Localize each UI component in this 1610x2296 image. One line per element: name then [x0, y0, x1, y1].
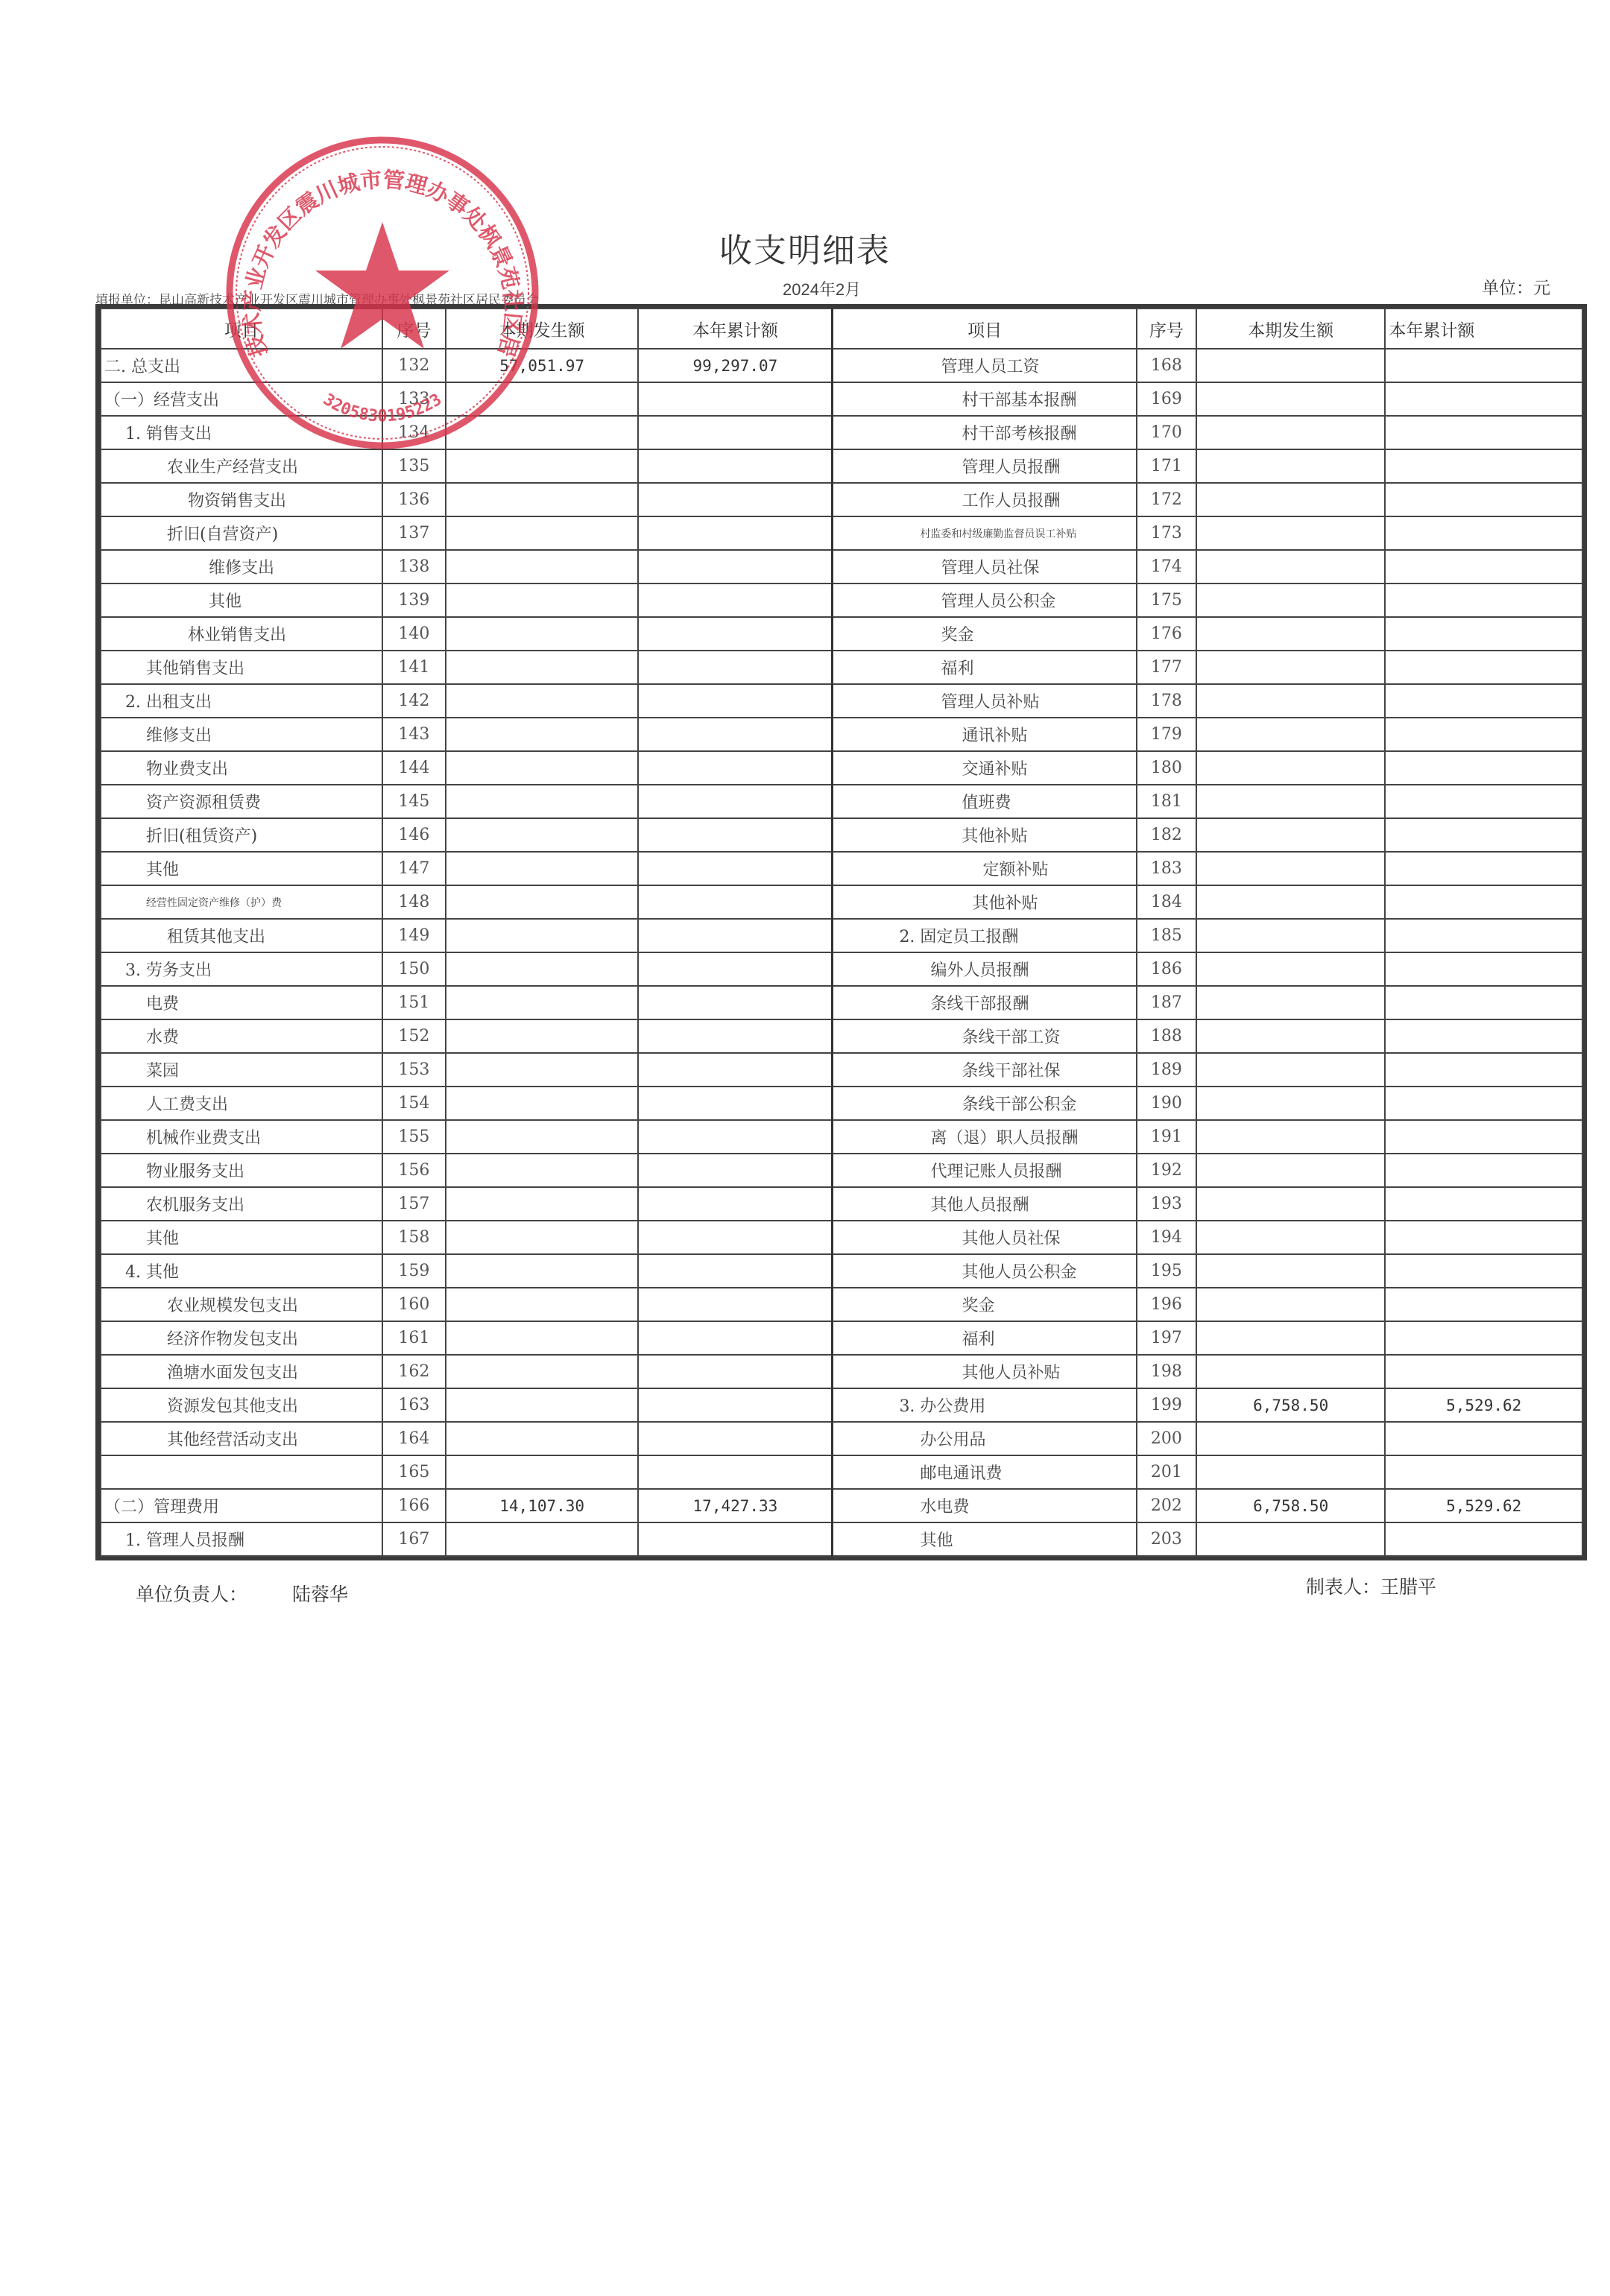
- right-current-cell: [1196, 1120, 1386, 1154]
- right-seq-cell: 173: [1137, 516, 1196, 550]
- preparer-name: 王腊平: [1380, 1576, 1436, 1598]
- right-current-cell: [1196, 818, 1386, 852]
- table-row: 165邮电通讯费201: [101, 1455, 1582, 1489]
- right-ytd-cell: [1385, 684, 1582, 718]
- left-item-cell: （一）经营支出: [101, 382, 382, 416]
- right-item-cell: 水电费: [833, 1489, 1137, 1522]
- table-row: 1. 管理人员报酬167其他203: [101, 1522, 1582, 1556]
- right-current-cell: [1196, 1355, 1386, 1388]
- left-item-cell: 资产资源租赁费: [101, 785, 382, 818]
- left-current-cell: [446, 1019, 639, 1053]
- right-seq-cell: 203: [1137, 1522, 1196, 1556]
- left-seq-cell: 153: [382, 1053, 446, 1087]
- left-seq-cell: 154: [382, 1087, 446, 1120]
- currency-unit: 单位：元: [1482, 274, 1550, 299]
- right-seq-cell: 199: [1137, 1388, 1196, 1422]
- right-ytd-cell: [1385, 651, 1582, 684]
- left-ytd-cell: [638, 852, 833, 885]
- left-current-cell: [446, 1053, 639, 1087]
- right-ytd-cell: [1385, 718, 1582, 751]
- table-row: 菜园153条线干部社保189: [101, 1053, 1582, 1087]
- right-item-cell: 邮电通讯费: [833, 1455, 1137, 1489]
- right-seq-cell: 198: [1137, 1355, 1196, 1388]
- left-seq-cell: 149: [382, 919, 446, 952]
- left-ytd-cell: [638, 885, 833, 919]
- left-item-cell: （二）管理费用: [101, 1489, 382, 1522]
- right-current-cell: [1196, 919, 1386, 952]
- right-item-cell: 通讯补贴: [833, 718, 1137, 751]
- right-ytd-cell: [1385, 1288, 1582, 1321]
- right-current-cell: [1196, 751, 1386, 785]
- left-item-cell: 其他: [101, 584, 382, 617]
- right-item-cell: 其他: [833, 1522, 1137, 1556]
- left-item-cell: 人工费支出: [101, 1087, 382, 1120]
- table-row: 维修支出143通讯补贴179: [101, 718, 1582, 751]
- left-ytd-cell: [638, 1053, 833, 1087]
- right-seq-cell: 186: [1137, 952, 1196, 986]
- right-item-cell: 条线干部工资: [833, 1019, 1137, 1053]
- right-item-cell: 定额补贴: [833, 852, 1137, 885]
- left-ytd-cell: [638, 751, 833, 785]
- right-current-cell: [1196, 584, 1386, 617]
- left-ytd-cell: [638, 1355, 833, 1388]
- left-item-cell: 渔塘水面发包支出: [101, 1355, 382, 1388]
- left-item-cell: 其他: [101, 852, 382, 885]
- right-seq-cell: 176: [1137, 617, 1196, 651]
- right-ytd-cell: [1385, 449, 1582, 483]
- right-seq-cell: 168: [1137, 349, 1196, 382]
- left-ytd-cell: [638, 449, 833, 483]
- table-row: 维修支出138管理人员社保174: [101, 550, 1582, 584]
- header-seq-right: 序号: [1137, 309, 1196, 349]
- left-seq-cell: 159: [382, 1254, 446, 1288]
- left-current-cell: [446, 584, 639, 617]
- left-ytd-cell: [638, 785, 833, 818]
- left-current-cell: [446, 684, 639, 718]
- left-item-cell: 维修支出: [101, 718, 382, 751]
- header-current: 本期发生额: [446, 309, 639, 349]
- left-current-cell: [446, 382, 639, 416]
- left-ytd-cell: [638, 952, 833, 986]
- left-ytd-cell: 99,297.07: [638, 349, 833, 382]
- left-current-cell: [446, 986, 639, 1019]
- right-seq-cell: 180: [1137, 751, 1196, 785]
- right-current-cell: [1196, 1254, 1386, 1288]
- right-ytd-cell: [1385, 1019, 1582, 1053]
- left-current-cell: [446, 1221, 639, 1254]
- table-row: 林业销售支出140奖金176: [101, 617, 1582, 651]
- right-ytd-cell: 5,529.62: [1385, 1388, 1582, 1422]
- left-ytd-cell: [638, 1455, 833, 1489]
- left-ytd-cell: [638, 718, 833, 751]
- left-seq-cell: 158: [382, 1221, 446, 1254]
- table-row: （一）经营支出133村干部基本报酬169: [101, 382, 1582, 416]
- table-row: （二）管理费用16614,107.3017,427.33水电费2026,758.…: [101, 1489, 1582, 1522]
- right-item-cell: 条线干部公积金: [833, 1087, 1137, 1120]
- table-row: 物资销售支出136工作人员报酬172: [101, 483, 1582, 516]
- right-item-cell: 其他人员社保: [833, 1221, 1137, 1254]
- right-current-cell: [1196, 349, 1386, 382]
- right-current-cell: [1196, 1087, 1386, 1120]
- left-seq-cell: 146: [382, 818, 446, 852]
- left-ytd-cell: [638, 516, 833, 550]
- left-ytd-cell: [638, 986, 833, 1019]
- table-row: 其他销售支出141福利177: [101, 651, 1582, 684]
- right-current-cell: 6,758.50: [1196, 1489, 1386, 1522]
- left-current-cell: [446, 852, 639, 885]
- table-row: 3. 劳务支出150编外人员报酬186: [101, 952, 1582, 986]
- right-item-cell: 其他人员报酬: [833, 1187, 1137, 1221]
- document-title: 收支明细表: [0, 224, 1610, 271]
- left-seq-cell: 143: [382, 718, 446, 751]
- table-row: 其他147定额补贴183: [101, 852, 1582, 885]
- table-row: 水费152条线干部工资188: [101, 1019, 1582, 1053]
- left-seq-cell: 142: [382, 684, 446, 718]
- right-ytd-cell: [1385, 1154, 1582, 1187]
- right-seq-cell: 187: [1137, 986, 1196, 1019]
- right-current-cell: 6,758.50: [1196, 1388, 1386, 1422]
- responsible-person: 单位负责人：陆蓉华: [136, 1580, 348, 1607]
- right-seq-cell: 174: [1137, 550, 1196, 584]
- left-current-cell: [446, 449, 639, 483]
- right-item-cell: 离（退）职人员报酬: [833, 1120, 1137, 1154]
- left-seq-cell: 165: [382, 1455, 446, 1489]
- table-row: 渔塘水面发包支出162其他人员补贴198: [101, 1355, 1582, 1388]
- right-item-cell: 条线干部社保: [833, 1053, 1137, 1087]
- right-current-cell: [1196, 785, 1386, 818]
- left-item-cell: 机械作业费支出: [101, 1120, 382, 1154]
- right-seq-cell: 183: [1137, 852, 1196, 885]
- right-ytd-cell: [1385, 349, 1582, 382]
- left-current-cell: [446, 1120, 639, 1154]
- left-seq-cell: 150: [382, 952, 446, 986]
- right-seq-cell: 170: [1137, 416, 1196, 449]
- right-current-cell: [1196, 852, 1386, 885]
- left-item-cell: 物业服务支出: [101, 1154, 382, 1187]
- preparer: 制表人：王腊平: [1306, 1572, 1436, 1599]
- table-row: 4. 其他159其他人员公积金195: [101, 1254, 1582, 1288]
- left-current-cell: [446, 651, 639, 684]
- left-seq-cell: 156: [382, 1154, 446, 1187]
- left-seq-cell: 147: [382, 852, 446, 885]
- left-item-cell: 经济作物发包支出: [101, 1321, 382, 1355]
- left-current-cell: [446, 718, 639, 751]
- left-ytd-cell: [638, 1019, 833, 1053]
- right-ytd-cell: [1385, 1422, 1582, 1455]
- left-ytd-cell: [638, 1154, 833, 1187]
- left-current-cell: 14,107.30: [446, 1489, 639, 1522]
- left-item-cell: 农业生产经营支出: [101, 449, 382, 483]
- table-row: 机械作业费支出155离（退）职人员报酬191: [101, 1120, 1582, 1154]
- left-current-cell: [446, 1388, 639, 1422]
- right-seq-cell: 185: [1137, 919, 1196, 952]
- right-item-cell: 办公用品: [833, 1422, 1137, 1455]
- right-item-cell: 福利: [833, 1321, 1137, 1355]
- header-ytd: 本年累计额: [638, 309, 833, 349]
- right-item-cell: 值班费: [833, 785, 1137, 818]
- table-row: 折旧(自营资产)137村监委和村级廉勤监督员误工补贴173: [101, 516, 1582, 550]
- table-row: 其他139管理人员公积金175: [101, 584, 1582, 617]
- left-item-cell: 农业规模发包支出: [101, 1288, 382, 1321]
- left-item-cell: 电费: [101, 986, 382, 1019]
- right-ytd-cell: [1385, 1120, 1582, 1154]
- left-seq-cell: 140: [382, 617, 446, 651]
- left-current-cell: [446, 1455, 639, 1489]
- left-item-cell: 农机服务支出: [101, 1187, 382, 1221]
- left-item-cell: 折旧(租赁资产): [101, 818, 382, 852]
- left-item-cell: 折旧(自营资产): [101, 516, 382, 550]
- left-item-cell: 维修支出: [101, 550, 382, 584]
- left-ytd-cell: [638, 483, 833, 516]
- right-item-cell: 奖金: [833, 617, 1137, 651]
- right-item-cell: 其他补贴: [833, 885, 1137, 919]
- right-seq-cell: 188: [1137, 1019, 1196, 1053]
- left-ytd-cell: [638, 684, 833, 718]
- right-item-cell: 条线干部报酬: [833, 986, 1137, 1019]
- left-current-cell: [446, 885, 639, 919]
- left-current-cell: [446, 785, 639, 818]
- left-current-cell: [446, 1288, 639, 1321]
- left-seq-cell: 136: [382, 483, 446, 516]
- right-current-cell: [1196, 1019, 1386, 1053]
- left-current-cell: [446, 1187, 639, 1221]
- left-item-cell: 资源发包其他支出: [101, 1388, 382, 1422]
- left-ytd-cell: [638, 584, 833, 617]
- right-ytd-cell: [1385, 1087, 1582, 1120]
- left-seq-cell: 137: [382, 516, 446, 550]
- right-current-cell: [1196, 617, 1386, 651]
- table-row: 物业费支出144交通补贴180: [101, 751, 1582, 785]
- right-ytd-cell: [1385, 1187, 1582, 1221]
- right-current-cell: [1196, 416, 1386, 449]
- right-seq-cell: 189: [1137, 1053, 1196, 1087]
- left-ytd-cell: [638, 1288, 833, 1321]
- right-ytd-cell: [1385, 416, 1582, 449]
- right-ytd-cell: [1385, 952, 1582, 986]
- left-ytd-cell: [638, 1087, 833, 1120]
- left-seq-cell: 138: [382, 550, 446, 584]
- right-current-cell: [1196, 1288, 1386, 1321]
- right-item-cell: 3. 办公费用: [833, 1388, 1137, 1422]
- right-seq-cell: 171: [1137, 449, 1196, 483]
- table-row: 经营性固定资产维修（护）费148其他补贴184: [101, 885, 1582, 919]
- left-item-cell: 其他经营活动支出: [101, 1422, 382, 1455]
- report-period: 2024年2月: [783, 277, 861, 300]
- left-ytd-cell: [638, 818, 833, 852]
- preparer-label: 制表人：: [1306, 1576, 1380, 1598]
- left-item-cell: 水费: [101, 1019, 382, 1053]
- table-row: 折旧(租赁资产)146其他补贴182: [101, 818, 1582, 852]
- left-current-cell: [446, 1154, 639, 1187]
- right-item-cell: 2. 固定员工报酬: [833, 919, 1137, 952]
- right-seq-cell: 192: [1137, 1154, 1196, 1187]
- left-seq-cell: 152: [382, 1019, 446, 1053]
- right-item-cell: 福利: [833, 651, 1137, 684]
- right-seq-cell: 181: [1137, 785, 1196, 818]
- right-seq-cell: 201: [1137, 1455, 1196, 1489]
- right-seq-cell: 172: [1137, 483, 1196, 516]
- right-item-cell: 其他人员补贴: [833, 1355, 1137, 1388]
- header-item-right: 项目: [833, 309, 1137, 349]
- left-current-cell: [446, 952, 639, 986]
- left-seq-cell: 163: [382, 1388, 446, 1422]
- left-item-cell: 1. 管理人员报酬: [101, 1522, 382, 1556]
- left-item-cell: 二. 总支出: [101, 349, 382, 382]
- right-seq-cell: 194: [1137, 1221, 1196, 1254]
- left-current-cell: [446, 483, 639, 516]
- right-current-cell: [1196, 684, 1386, 718]
- right-item-cell: 代理记账人员报酬: [833, 1154, 1137, 1187]
- right-current-cell: [1196, 1154, 1386, 1187]
- right-current-cell: [1196, 1455, 1386, 1489]
- left-ytd-cell: [638, 1254, 833, 1288]
- table-row: 2. 出租支出142管理人员补贴178: [101, 684, 1582, 718]
- left-seq-cell: 139: [382, 584, 446, 617]
- left-seq-cell: 162: [382, 1355, 446, 1388]
- right-item-cell: 其他人员公积金: [833, 1254, 1137, 1288]
- right-ytd-cell: [1385, 885, 1582, 919]
- right-ytd-cell: [1385, 986, 1582, 1019]
- table-row: 农业生产经营支出135管理人员报酬171: [101, 449, 1582, 483]
- right-item-cell: 管理人员报酬: [833, 449, 1137, 483]
- right-ytd-cell: [1385, 751, 1582, 785]
- right-ytd-cell: [1385, 1254, 1582, 1288]
- left-seq-cell: 167: [382, 1522, 446, 1556]
- left-seq-cell: 144: [382, 751, 446, 785]
- right-seq-cell: 169: [1137, 382, 1196, 416]
- left-seq-cell: 134: [382, 416, 446, 449]
- right-current-cell: [1196, 952, 1386, 986]
- right-current-cell: [1196, 1187, 1386, 1221]
- right-seq-cell: 177: [1137, 651, 1196, 684]
- left-current-cell: [446, 1321, 639, 1355]
- left-ytd-cell: [638, 416, 833, 449]
- table-row: 农业规模发包支出160奖金196: [101, 1288, 1582, 1321]
- table-row: 二. 总支出13257,051.9799,297.07管理人员工资168: [101, 349, 1582, 382]
- left-current-cell: [446, 1254, 639, 1288]
- right-ytd-cell: [1385, 818, 1582, 852]
- right-ytd-cell: [1385, 1522, 1582, 1556]
- left-item-cell: 3. 劳务支出: [101, 952, 382, 986]
- right-seq-cell: 196: [1137, 1288, 1196, 1321]
- right-seq-cell: 202: [1137, 1489, 1196, 1522]
- right-ytd-cell: [1385, 1455, 1582, 1489]
- left-seq-cell: 151: [382, 986, 446, 1019]
- left-ytd-cell: [638, 1321, 833, 1355]
- header-current-right: 本期发生额: [1196, 309, 1386, 349]
- left-ytd-cell: 17,427.33: [638, 1489, 833, 1522]
- left-item-cell: 1. 销售支出: [101, 416, 382, 449]
- left-item-cell: 其他销售支出: [101, 651, 382, 684]
- table-row: 资源发包其他支出1633. 办公费用1996,758.505,529.62: [101, 1388, 1582, 1422]
- right-ytd-cell: [1385, 1321, 1582, 1355]
- right-seq-cell: 193: [1137, 1187, 1196, 1221]
- left-seq-cell: 148: [382, 885, 446, 919]
- left-current-cell: [446, 1087, 639, 1120]
- right-item-cell: 奖金: [833, 1288, 1137, 1321]
- header-item: 项目: [101, 309, 382, 349]
- right-current-cell: [1196, 516, 1386, 550]
- right-current-cell: [1196, 1422, 1386, 1455]
- right-seq-cell: 179: [1137, 718, 1196, 751]
- right-ytd-cell: [1385, 1053, 1582, 1087]
- header-ytd-right: 本年累计额: [1385, 309, 1582, 349]
- right-item-cell: 交通补贴: [833, 751, 1137, 785]
- left-ytd-cell: [638, 1422, 833, 1455]
- right-ytd-cell: [1385, 382, 1582, 416]
- left-current-cell: [446, 416, 639, 449]
- table-row: 1. 销售支出134村干部考核报酬170: [101, 416, 1582, 449]
- left-ytd-cell: [638, 1388, 833, 1422]
- left-ytd-cell: [638, 617, 833, 651]
- right-current-cell: [1196, 1053, 1386, 1087]
- left-item-cell: 租赁其他支出: [101, 919, 382, 952]
- right-item-cell: 管理人员补贴: [833, 684, 1137, 718]
- left-current-cell: [446, 751, 639, 785]
- table-header-row: 项目 序号 本期发生额 本年累计额 项目 序号 本期发生额 本年累计额: [101, 309, 1582, 349]
- right-current-cell: [1196, 718, 1386, 751]
- right-item-cell: 村干部考核报酬: [833, 416, 1137, 449]
- right-current-cell: [1196, 1221, 1386, 1254]
- left-item-cell: 菜园: [101, 1053, 382, 1087]
- right-seq-cell: 175: [1137, 584, 1196, 617]
- right-item-cell: 管理人员工资: [833, 349, 1137, 382]
- left-current-cell: [446, 1422, 639, 1455]
- left-current-cell: [446, 516, 639, 550]
- left-current-cell: [446, 1355, 639, 1388]
- table-row: 人工费支出154条线干部公积金190: [101, 1087, 1582, 1120]
- left-ytd-cell: [638, 651, 833, 684]
- right-current-cell: [1196, 483, 1386, 516]
- right-ytd-cell: 5,529.62: [1385, 1489, 1582, 1522]
- right-ytd-cell: [1385, 550, 1582, 584]
- left-item-cell: 2. 出租支出: [101, 684, 382, 718]
- right-item-cell: 其他补贴: [833, 818, 1137, 852]
- responsible-label: 单位负责人：: [136, 1584, 247, 1605]
- table-row: 其他经营活动支出164办公用品200: [101, 1422, 1582, 1455]
- left-ytd-cell: [638, 1187, 833, 1221]
- right-item-cell: 工作人员报酬: [833, 483, 1137, 516]
- right-item-cell: 村干部基本报酬: [833, 382, 1137, 416]
- right-item-cell: 管理人员社保: [833, 550, 1137, 584]
- left-item-cell: 林业销售支出: [101, 617, 382, 651]
- table-row: 农机服务支出157其他人员报酬193: [101, 1187, 1582, 1221]
- right-seq-cell: 184: [1137, 885, 1196, 919]
- left-item-cell: 物业费支出: [101, 751, 382, 785]
- left-seq-cell: 166: [382, 1489, 446, 1522]
- responsible-name: 陆蓉华: [292, 1584, 348, 1605]
- left-seq-cell: 157: [382, 1187, 446, 1221]
- left-ytd-cell: [638, 550, 833, 584]
- right-current-cell: [1196, 1522, 1386, 1556]
- left-current-cell: [446, 818, 639, 852]
- right-seq-cell: 178: [1137, 684, 1196, 718]
- left-ytd-cell: [638, 1221, 833, 1254]
- right-item-cell: 村监委和村级廉勤监督员误工补贴: [833, 516, 1137, 550]
- left-seq-cell: 132: [382, 349, 446, 382]
- right-current-cell: [1196, 382, 1386, 416]
- right-current-cell: [1196, 449, 1386, 483]
- left-item-cell: 经营性固定资产维修（护）费: [101, 885, 382, 919]
- table-row: 经济作物发包支出161福利197: [101, 1321, 1582, 1355]
- right-current-cell: [1196, 550, 1386, 584]
- header-seq: 序号: [382, 309, 446, 349]
- right-seq-cell: 195: [1137, 1254, 1196, 1288]
- left-item-cell: 4. 其他: [101, 1254, 382, 1288]
- right-ytd-cell: [1385, 516, 1582, 550]
- right-current-cell: [1196, 651, 1386, 684]
- right-seq-cell: 190: [1137, 1087, 1196, 1120]
